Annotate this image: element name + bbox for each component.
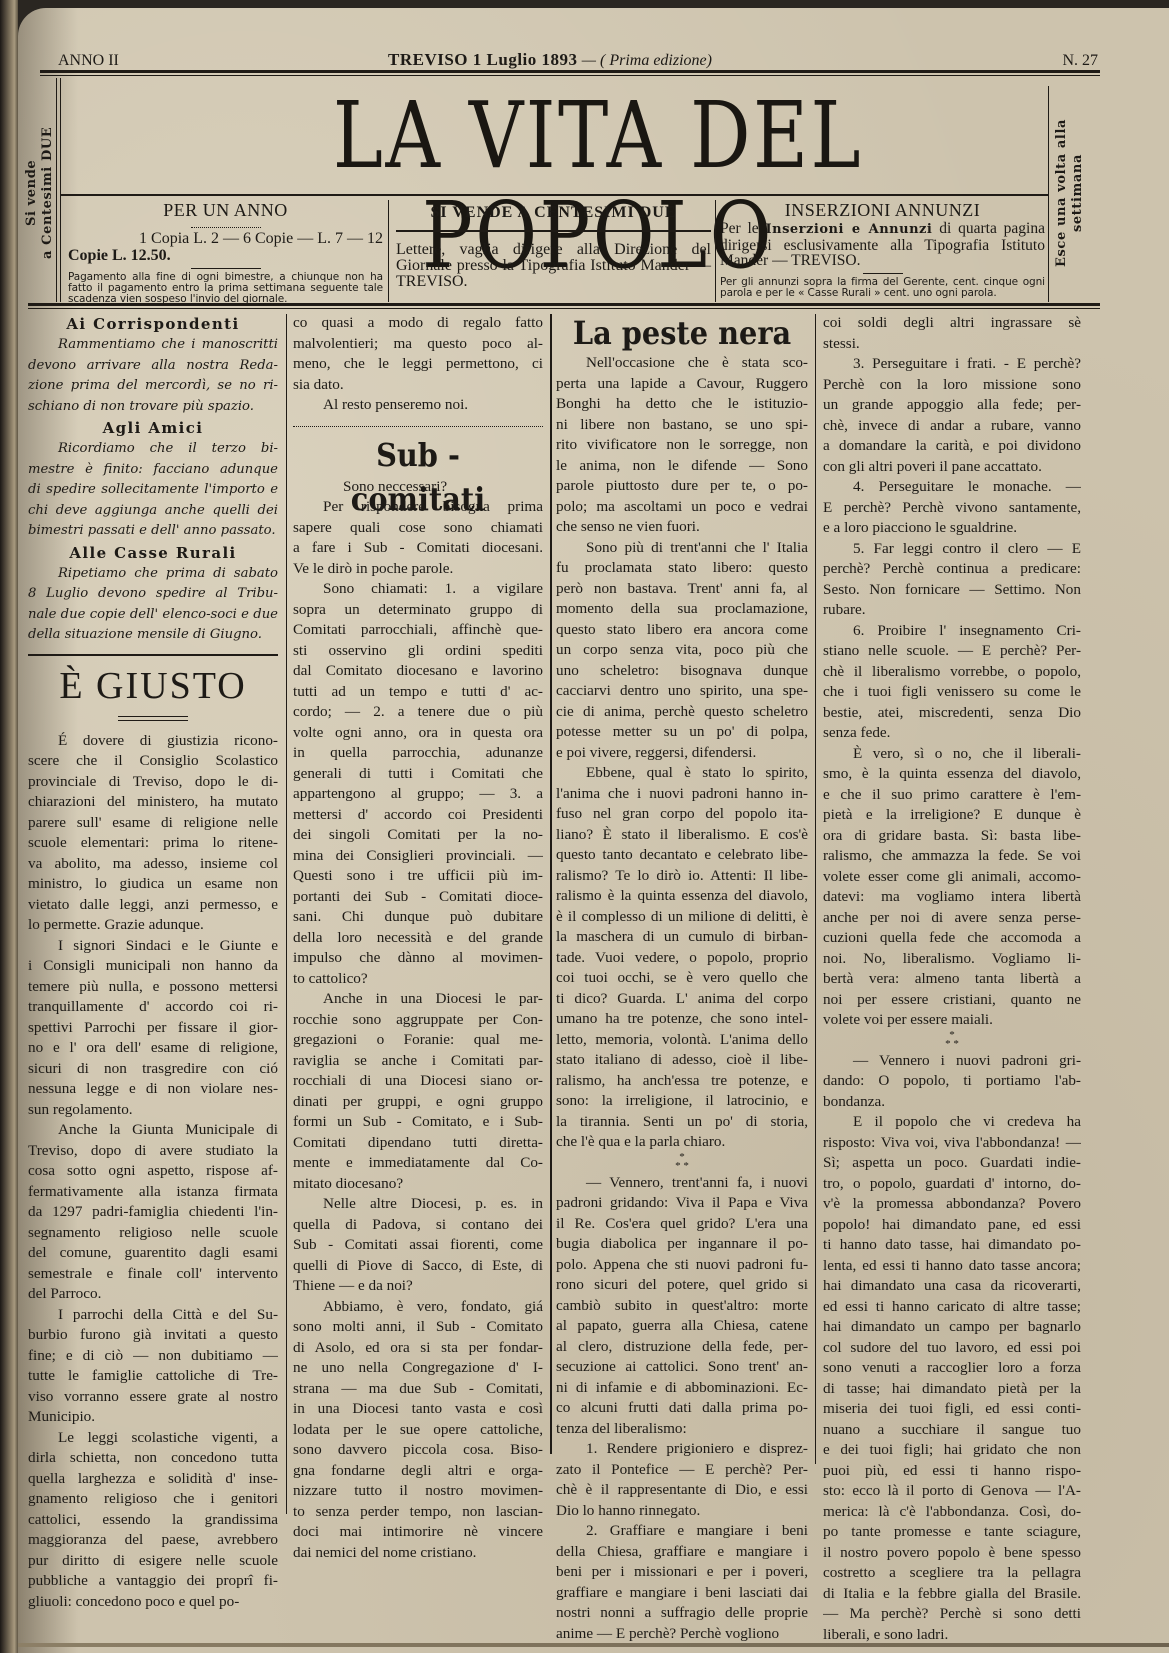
subscription-rates-line2: Copie L. 12.50. [68, 247, 383, 264]
text-line: Comitati parrocchiali, affinchè que- [293, 620, 543, 641]
subscription-box: PER UN ANNO 1 Copia L. 2 — 6 Copie — L. … [68, 200, 383, 308]
article-title-e-giusto: È GIUSTO [28, 660, 278, 712]
text-line: ralismo è la quinta essenza del diavolo, [556, 886, 808, 907]
text-line: perta una lapide a Cavour, Ruggero [556, 374, 808, 395]
right-side-line2: settimana [1070, 154, 1085, 232]
text-line: ralismo? Te lo dirò io. Attenti: Il libe… [556, 866, 808, 887]
text-line: Anche la Giunta Municipale di [28, 1120, 278, 1141]
short-divider [863, 273, 903, 274]
text-line: cordo; — 2. a tenere due o più [293, 702, 543, 723]
section-divider [28, 654, 278, 656]
issue-number: N. 27 [1062, 52, 1098, 70]
text-line: ne uno nella Congregazione d' I- [293, 1358, 543, 1379]
text-line: dai nemici del nome cristiano. [293, 1543, 543, 1564]
masthead-left-border-inner [60, 78, 61, 302]
text-line: volete voi per essere maiali. [823, 1010, 1081, 1031]
text-line: il nostro povero popolo è bene spesso [823, 1543, 1081, 1564]
text-line: 6. Proibire l' insegnamento Cri- [823, 621, 1081, 642]
text-line: chè è il rappresentante di Dio, e essi [556, 1480, 808, 1501]
text-line: smo, è la quinta essenza del diavolo, [823, 764, 1081, 785]
column-divider-1 [286, 314, 287, 1514]
text-line: dal Comitato diocesano e lavorino [293, 661, 543, 682]
text-line: ni libere non bastano, se uno spi- [556, 415, 808, 436]
text-line: e poi vivere, reggersi, difendersi. [556, 743, 808, 764]
text-line: generali di tutti i Comitati che [293, 764, 543, 785]
box-divider-1 [388, 200, 389, 302]
text-line: al clero, distruzione della fede, per- [556, 1337, 808, 1358]
text-line: tenza del liberalismo: [556, 1419, 808, 1440]
text-line: dei singoli Comitati per la no- [293, 825, 543, 846]
text-line: padroni gridando: Viva il Papa e Viva [556, 1193, 808, 1214]
text-line: sia dato. [293, 375, 543, 396]
notice-heading: Alle Casse Rurali [28, 542, 278, 564]
text-line: É dovere di giustizia ricono- [28, 731, 278, 752]
text-line: Perchè con la loro missione sono [823, 375, 1081, 396]
text-line: datevi: ma vogliamo intera libertà [823, 887, 1081, 908]
text-line: hai dimandato una casa da ricoverarti, [823, 1276, 1081, 1297]
text-line: co alcuni frutti dati dalla prima po- [556, 1398, 808, 1419]
header-bottom-rule-thin [28, 308, 1100, 309]
price-rule [396, 230, 711, 232]
text-line: ralismo, che ammazza la fede. Se voi [823, 846, 1081, 867]
text-line: Bonghi ha detto che le istituzio- [556, 394, 808, 415]
text-line: Abbiamo, è vero, fondato, giá [293, 1297, 543, 1318]
text-line: parole piuttosto dure per te, o po- [556, 476, 808, 497]
text-line: è il complesso di un milione di delitti,… [556, 907, 808, 928]
text-line: sono: la irreligione, il latrocinio, e [556, 1091, 808, 1112]
text-line: I signori Sindaci e le Giunte e [28, 936, 278, 957]
text-line: un grande appoggio alla fede; per- [823, 395, 1081, 416]
text-line: temere più nulla, e possono mettersi [28, 977, 278, 998]
text-line: fuso nel gran corpo del popolo ita- [556, 804, 808, 825]
text-line: della situazione mensile di Giugno. [28, 625, 278, 646]
city-date: TREVISO 1 Luglio 1893 [388, 50, 578, 69]
text-line: mente e immediatamente dal Co- [293, 1153, 543, 1174]
text-line: Rammentiamo che i manoscritti [28, 335, 278, 356]
text-line: malvolentieri; ma questo poco al- [293, 334, 543, 355]
text-line: i Consigli municipali non hanno da [28, 956, 278, 977]
text-line: nessuna legge e di non violare nes- [28, 1079, 278, 1100]
text-line: puoi più, ed essi ti hanno rispo- [823, 1461, 1081, 1482]
text-line: di Italia e la febbre gialla del Brasile… [823, 1584, 1081, 1605]
text-line: di Asolo, ed ora si sta per fondar- [293, 1338, 543, 1359]
text-line: lodata per le sue opere cattoliche, [293, 1420, 543, 1441]
text-line: merica: là c'è l'abbondanza. Così, do- [823, 1502, 1081, 1523]
column-4: coi soldi degli altri ingrassare sèstess… [823, 313, 1081, 1645]
text-line: mestre è finito: facciano adunque [28, 460, 278, 481]
text-line: Treviso, dopo di avere studiato la [28, 1141, 278, 1162]
asterism: * * * [823, 1031, 1081, 1051]
masthead-right-border [1048, 86, 1049, 302]
text-line: al papato, guerra alla Chiesa, catene [556, 1316, 808, 1337]
text-line: — Ma perchè? Perchè si sono detti [823, 1604, 1081, 1625]
text-line: liano? È stato il liberalismo. E cos'è [556, 825, 808, 846]
text-line: lenta, ed essi ti hanno dato tasse ancor… [823, 1256, 1081, 1277]
text-line: Ripetiamo che prima di sabato [28, 564, 278, 585]
text-line: cattolici, essendo la grandissima [28, 1510, 278, 1531]
top-rule-thin [40, 75, 1100, 76]
text-line: polo; ma ascoltami un poco e vedrai [556, 497, 808, 518]
text-line: uno scheletro: bisognava dunque [556, 661, 808, 682]
text-line: spettivi Parrochi per fissare il gior- [28, 1018, 278, 1039]
text-line: bugia diabolica per ingannare il po- [556, 1234, 808, 1255]
asterism: * * * [556, 1153, 808, 1173]
text-line: 5. Far leggi contro il clero — E [823, 539, 1081, 560]
text-line: co quasi a modo di regalo fatto [293, 313, 543, 334]
text-line: rocchiali di una Diocesi siano or- [293, 1071, 543, 1092]
text-line: raviglia se anche i Comitati par- [293, 1051, 543, 1072]
text-line: dinati per gruppi, e ogni gruppo [293, 1092, 543, 1113]
notice-body: Ricordiamo che il terzo bi-mestre è fini… [28, 439, 278, 542]
text-line: in una Diocesi tanto vasta e così [293, 1399, 543, 1420]
text-line: noi. No, liberalismo. Vogliamo li- [823, 949, 1081, 970]
text-line: graffiare e mangiare i beni lasciati dai [556, 1583, 808, 1604]
text-line: Le leggi scolastiche vigenti, a [28, 1428, 278, 1449]
text-line: 8 Luglio devono spedire al Tribu- [28, 584, 278, 605]
text-line: ralismo, ha anch'essa tre potenze, e [556, 1071, 808, 1092]
text-line: costretto a scegliere tra la pellagra [823, 1563, 1081, 1584]
text-line: anche per noi di avere senza perse- [823, 908, 1081, 929]
text-line: popolo! hai dimandato pane, ed essi [823, 1215, 1081, 1236]
text-line: rubare. [823, 600, 1081, 621]
text-line: coi tuoi occhi, se è vero quello che [556, 968, 808, 989]
left-side-price-note: Si vende a Centesimi DUE [24, 108, 56, 278]
text-line: ni di infamie e di abbominazioni. Ec- [556, 1378, 808, 1399]
text-line: che l'è qua e la parla chiaro. [556, 1132, 808, 1153]
text-line: semestrale e finale coll' intervento [28, 1264, 278, 1285]
text-line: dirla schietta, non concedono tutta [28, 1448, 278, 1469]
text-line: nuano a succhiare il sangue tuo [823, 1420, 1081, 1441]
text-line: secuzione ai cattolici. Sono trent' an- [556, 1357, 808, 1378]
left-side-line2: a Centesimi DUE [40, 127, 55, 259]
text-line: della Chiesa, graffiare e mangiare i [556, 1542, 808, 1563]
text-line: questo stato libero era ancora come [556, 620, 808, 641]
text-line: potesse metter su un po' di polpa, [556, 722, 808, 743]
text-line: Sub - Comitati assai fiorenti, come [293, 1235, 543, 1256]
issue-date: TREVISO 1 Luglio 1893 — ( Prima edizione… [388, 50, 712, 70]
text-line: Sì; aspetta un poco. Guardati indie- [823, 1153, 1081, 1174]
ads-rates-note: Per gli annunzi sopra la firma del Geren… [720, 277, 1045, 299]
text-line: però non bastava. Trent' anni fa, al [556, 579, 808, 600]
column-divider-2 [550, 314, 552, 1454]
text-line: 2. Graffiare e mangiare i beni [556, 1521, 808, 1542]
text-line: zione prima del mercordì, se no ri- [28, 376, 278, 397]
text-line: e dei tuoi figli; hai gridato che non [823, 1440, 1081, 1461]
text-line: mettersi d' accordo coi Presidenti [293, 805, 543, 826]
text-line: lo permette. Grazie adunque. [28, 915, 278, 936]
text-line: scere che il Consiglio Scolastico [28, 751, 278, 772]
notice-body: Rammentiamo che i manoscrittidevono arri… [28, 335, 278, 417]
text-line: mina dei Consiglieri provinciali. — [293, 846, 543, 867]
text-line: da 1297 padri-famiglia chiedenti l'in- [28, 1202, 278, 1223]
subscription-heading: PER UN ANNO [68, 200, 383, 221]
text-line: È vero, sì o no, che il liberali- [823, 744, 1081, 765]
text-line: ed essi ti hanno caricato di altre tasse… [823, 1297, 1081, 1318]
right-side-line1: Esce una volta alla [1054, 119, 1069, 267]
text-line: nizzare tutto il nostro movimen- [293, 1481, 543, 1502]
text-line: tutti ad un tempo e tutti d' ac- [293, 682, 543, 703]
text-line: beni per i missionari e per i poveri, [556, 1562, 808, 1583]
masthead-left-border [56, 78, 57, 302]
text-line: quella larghezza e solidità d' inse- [28, 1469, 278, 1490]
text-line: cuzioni quella fede che accomoda a [823, 928, 1081, 949]
text-line: chiarazioni del ministero, ha mutato [28, 792, 278, 813]
text-line: hai dimandato un campo per bagnarlo [823, 1317, 1081, 1338]
text-line: Dio lo hanno rinnegato. [556, 1501, 808, 1522]
text-line: — Vennero, trent'anni fa, i nuovi [556, 1173, 808, 1194]
text-line: rito vivificatore non le sorregge, non [556, 435, 808, 456]
text-line: momento della sua proclamazione, [556, 599, 808, 620]
article-title-la-peste-nera: La peste nera [569, 313, 796, 353]
text-line: Al resto penseremo noi. [293, 395, 543, 416]
text-line: sti osservino gli ordini spediti [293, 641, 543, 662]
text-line: di spedire sollecitamente l'importo e [28, 480, 278, 501]
text-line: di tasse; hai dimandato pietà per la [823, 1379, 1081, 1400]
text-line: l'anima che i nuovi padroni hanno in- [556, 784, 808, 805]
text-line: e a loro piacciono le sgualdrine. [823, 518, 1081, 539]
ads-text-bold: Inserzioni e Annunzi [766, 222, 933, 237]
text-line: del comune, guarentito dagli esami [28, 1243, 278, 1264]
left-side-line1: Si vende [24, 160, 39, 226]
text-line: Nell'occasione che è stata sco- [556, 353, 808, 374]
text-line: polo. Appena che sti nuovi padroni fu- [556, 1255, 808, 1276]
notice-body: Ripetiamo che prima di sabato8 Luglio de… [28, 564, 278, 646]
text-line: Sono chiamati: 1. a vigilare [293, 579, 543, 600]
text-line: con gli altri poveri il pane accattato. [823, 457, 1081, 478]
right-side-frequency-note: Esce una volta alla settimana [1054, 93, 1086, 293]
text-line: meno, che le leggi permettono, ci [293, 354, 543, 375]
text-line: cosa sotto ogni aspetto, rispose af- [28, 1161, 278, 1182]
text-line: cambiò subito in quest'altro: morte [556, 1296, 808, 1317]
edition-label: — ( Prima edizione) [582, 52, 712, 69]
binding-edge [0, 0, 18, 1653]
text-line: sopra un determinato gruppo di [293, 600, 543, 621]
text-line: bondanza. [823, 1092, 1081, 1113]
text-line: tade. Vuoi vedere, o popolo, proprio [556, 948, 808, 969]
masthead-bottom-rule [60, 194, 1048, 196]
short-divider [191, 268, 261, 269]
text-line: to cattolico? [293, 969, 543, 990]
newspaper-page: ANNO II TREVISO 1 Luglio 1893 — ( Prima … [18, 8, 1169, 1653]
text-line: tranquillamente d' accordo coi ri- [28, 997, 278, 1018]
ads-text: Per le Inserzioni e Annunzi di quarta pa… [720, 221, 1045, 269]
text-line: volte ogni anno, ora in questa ora [293, 723, 543, 744]
text-line: fermativamente alla istanza firmata [28, 1182, 278, 1203]
text-line: burbio furono già invitati a questo [28, 1325, 278, 1346]
text-line: scuole elementari: prima lo ritene- [28, 833, 278, 854]
ads-heading: INSERZIONI ANNUNZI [720, 200, 1045, 221]
title-ornament [118, 716, 188, 721]
text-line: Sono più di trent'anni che l' Italia [556, 538, 808, 559]
text-line: 3. Perseguitare i frati. - E perchè? [823, 354, 1081, 375]
text-line: a fare i Sub - Comitati diocesani. [293, 538, 543, 559]
text-line: Comitati dipendano tutti diretta- [293, 1133, 543, 1154]
text-line: E perchè? Perchè vivono santamente, [823, 498, 1081, 519]
text-line: e che il suo primo carattere è l'em- [823, 785, 1081, 806]
text-line: nale due copie dell' elenco-soci e due [28, 605, 278, 626]
text-line: schiano di non trovare più spazio. [28, 397, 278, 418]
text-line: anime — E perchè? Perchè vogliono [556, 1624, 808, 1645]
column-2: co quasi a modo di regalo fattomalvolent… [293, 313, 543, 1563]
text-line: impulso che dànno al movimen- [293, 948, 543, 969]
text-line: questo tanto decantato e celebrato libe- [556, 845, 808, 866]
ornament [191, 222, 261, 228]
text-line: parere sull' esame di religione nelle [28, 813, 278, 834]
text-line: 1. Rendere prigioniero e disprez- [556, 1439, 808, 1460]
text-line: doci mai intimorire nè vincere [293, 1522, 543, 1543]
text-line: quella di Padova, si contano dei [293, 1215, 543, 1236]
wavy-divider [293, 420, 543, 427]
text-line: mitato diocesano? [293, 1174, 543, 1195]
text-line: rono sicuri del potere, quel grido si [556, 1275, 808, 1296]
text-line: v'è la promessa abbondanza? Povero [823, 1194, 1081, 1215]
text-line: fine; e di ciò — non dubitiamo — [28, 1346, 278, 1367]
text-line: sono davvero piccola cosa. Biso- [293, 1440, 543, 1461]
text-line: gliuoli: concedono poco e quel po- [28, 1592, 278, 1613]
ads-text-pre: Per le [720, 220, 766, 237]
text-line: ti hanno dato tasse, hai dimandato po- [823, 1235, 1081, 1256]
box-divider-2 [715, 200, 716, 302]
text-line: letto, memoria, volontà. L'anima dello [556, 1030, 808, 1051]
text-line: ti dico? Guarda. L' anima del corpo [556, 989, 808, 1010]
text-line: rocchie sono aggruppate per Con- [293, 1010, 543, 1031]
text-line: il Re. Cos'era quel grido? L'era una [556, 1214, 808, 1235]
text-line: coi soldi degli altri ingrassare sè [823, 313, 1081, 334]
text-line: sun regolamento. [28, 1100, 278, 1121]
text-line: chi deve aggiunga anche quelli dei [28, 501, 278, 522]
text-line: della loro necessità e del grande [293, 928, 543, 949]
text-line: Ebbene, qual è stato lo spirito, [556, 763, 808, 784]
text-line: sono venuti a raccoglier loro a forza [823, 1358, 1081, 1379]
text-line: bertà vera: almeno tanta libertà a [823, 969, 1081, 990]
price-box: SI VENDE A CENTESIMI DUE Lettere, vaglia… [396, 204, 711, 312]
text-line: nostri nonni a suffragio delle proprie [556, 1603, 808, 1624]
header-bottom-rule [28, 303, 1100, 306]
text-line: pietà e la irreligione? E dunque è [823, 805, 1081, 826]
column-divider-3 [815, 314, 816, 1464]
text-line: E il popolo che vi credeva ha [823, 1112, 1081, 1133]
text-line: — Vennero i nuovi padroni gri- [823, 1051, 1081, 1072]
subscription-payment-note: Pagamento alla fine di ogni bimestre, a … [68, 272, 383, 305]
text-line: la maschera di un cumulo di birban- [556, 927, 808, 948]
text-line: che i tuoi figli venissero su come le [823, 682, 1081, 703]
text-line: gnamento religioso che i genitori [28, 1489, 278, 1510]
text-line: chè, invece di andar a rubare, vanno [823, 416, 1081, 437]
text-line: noi per essere cristiani, quanto ne [823, 990, 1081, 1011]
notice-heading: Ai Corrispondenti [28, 313, 278, 335]
text-line: stato italiano di adesso, cioè il libe- [556, 1050, 808, 1071]
text-line: ministro, lo giudica un esame non [28, 874, 278, 895]
text-line: la tirannia. Senti un po' di storia, [556, 1112, 808, 1133]
column-1: Ai CorrispondentiRammentiamo che i manos… [28, 313, 278, 1612]
text-line: del Parroco. [28, 1284, 278, 1305]
bottom-edge [18, 1643, 1169, 1647]
text-line: strana — ma due Sub - Comitati, [293, 1379, 543, 1400]
text-line: miseria dei tuoi figli, ed essi conti- [823, 1399, 1081, 1420]
text-line: provinciale di Treviso, dopo le di- [28, 772, 278, 793]
text-line: gna fondarne degli altri e orga- [293, 1461, 543, 1482]
text-line: segnamento religioso nelle scuole [28, 1223, 278, 1244]
text-line: perchè? Perchè continua a predicare: [823, 559, 1081, 580]
text-line: to senza perder tempo, non lascian- [293, 1502, 543, 1523]
text-line: col sudore del tuo lavoro, ed essi poi [823, 1338, 1081, 1359]
text-line: cacciarvi dentro uno spirito, una spe- [556, 681, 808, 702]
text-line: pur diritto di esigere nelle scuole [28, 1551, 278, 1572]
text-line: Municipio. [28, 1407, 278, 1428]
text-line: po tante promesse e tante sciagure, [823, 1522, 1081, 1543]
text-line: volete esser come gli animali, accomo- [823, 867, 1081, 888]
text-line: I parrochi della Città e del Su- [28, 1305, 278, 1326]
text-line: Anche in una Diocesi le par- [293, 989, 543, 1010]
text-line: Thiene — e da noi? [293, 1276, 543, 1297]
text-line: sapere quali cose sono chiamati [293, 518, 543, 539]
text-line: va abolito, ma adesso, insieme col [28, 854, 278, 875]
text-line: stessi. [823, 334, 1081, 355]
ads-box: INSERZIONI ANNUNZI Per le Inserzioni e A… [720, 200, 1045, 308]
text-line: Questi sono i tre ufficii più im- [293, 866, 543, 887]
text-line: sono molti anni, il Sub - Comitato [293, 1317, 543, 1338]
text-line: stiano nelle scuole. — E perchè? Per- [823, 641, 1081, 662]
text-line: un corpo senza vita, poco più che [556, 640, 808, 661]
text-line: formi un Sub - Comitato, e i Sub- [293, 1112, 543, 1133]
text-line: maggioranza del paese, avrebbero [28, 1530, 278, 1551]
text-line: no e l' ora dell' esame di religione, [28, 1038, 278, 1059]
text-line: Ve le dirò in poche parole. [293, 559, 543, 580]
column-3: La peste neraNell'occasione che è stata … [556, 313, 808, 1644]
text-line: devono arrivare alla nostra Reda- [28, 356, 278, 377]
text-line: pubbliche a vantaggio dei proprî fi- [28, 1571, 278, 1592]
text-line: liberali, e sono ladri. [823, 1625, 1081, 1646]
text-line: 4. Perseguitare le monache. — [823, 477, 1081, 498]
text-line: gregazioni o Foranie: qual me- [293, 1030, 543, 1051]
text-line: sicuri di non trasgredire con ció [28, 1059, 278, 1080]
text-line: che senso ne vien fuori. [556, 517, 808, 538]
text-line: vietato dalle leggi, anzi permesso, e [28, 895, 278, 916]
price-heading: SI VENDE A CENTESIMI DUE [396, 204, 711, 222]
text-line: umano ha tre potenze, che sono intel- [556, 1009, 808, 1030]
text-line: bestie, atei, miscredenti, senza Dio [823, 703, 1081, 724]
text-line: senza fede. [823, 723, 1081, 744]
text-line: sto: ecco là il porto di Genova — l'A- [823, 1481, 1081, 1502]
text-line: a domandare la carità, e poi dividono [823, 436, 1081, 457]
subscription-rates-line1: 1 Copia L. 2 — 6 Copie — L. 7 — 12 [68, 230, 383, 247]
text-line: fu proclamata stato libero: questo [556, 558, 808, 579]
text-line: Sesto. Non fornicare — Settimo. Non [823, 580, 1081, 601]
text-line: bimestri passati e dell' anno passato. [28, 521, 278, 542]
article-title-sub-comitati: Sub - comitati [306, 433, 531, 477]
text-line: tutte le famiglie cattoliche di Tre- [28, 1366, 278, 1387]
text-line: viso vorranno essere grate al nostro [28, 1387, 278, 1408]
text-line: appartengono al gruppo; — 3. a [293, 784, 543, 805]
text-line: risposto: Viva voi, viva l'abbondanza! — [823, 1133, 1081, 1154]
text-line: sani. Chi dunque può dubitare [293, 907, 543, 928]
volume-year: ANNO II [58, 52, 119, 70]
text-line: le anima, non le difende — Sono [556, 456, 808, 477]
notice-heading: Agli Amici [28, 417, 278, 439]
top-rule [40, 70, 1100, 73]
text-line: Ricordiamo che il terzo bi- [28, 439, 278, 460]
text-line: chè il liberalismo vorrebbe, o popolo, [823, 662, 1081, 683]
price-address-text: Lettere, vaglia dirigere alla Direzione … [396, 242, 711, 290]
text-line: portanti dei Sub - Comitati dioce- [293, 887, 543, 908]
text-line: tro, o popolo, guardati d' intorno, do- [823, 1174, 1081, 1195]
text-line: zato il Pontefice — E perchè? Per- [556, 1460, 808, 1481]
text-line: cie di anima, perchè questo scheletro [556, 702, 808, 723]
text-line: in quella parrocchia, adunanze [293, 743, 543, 764]
text-line: quelli di Piove di Sacco, di Este, di [293, 1256, 543, 1277]
text-line: Nelle altre Diocesi, p. es. in [293, 1194, 543, 1215]
text-line: dando: O popolo, ti portiamo l'ab- [823, 1071, 1081, 1092]
